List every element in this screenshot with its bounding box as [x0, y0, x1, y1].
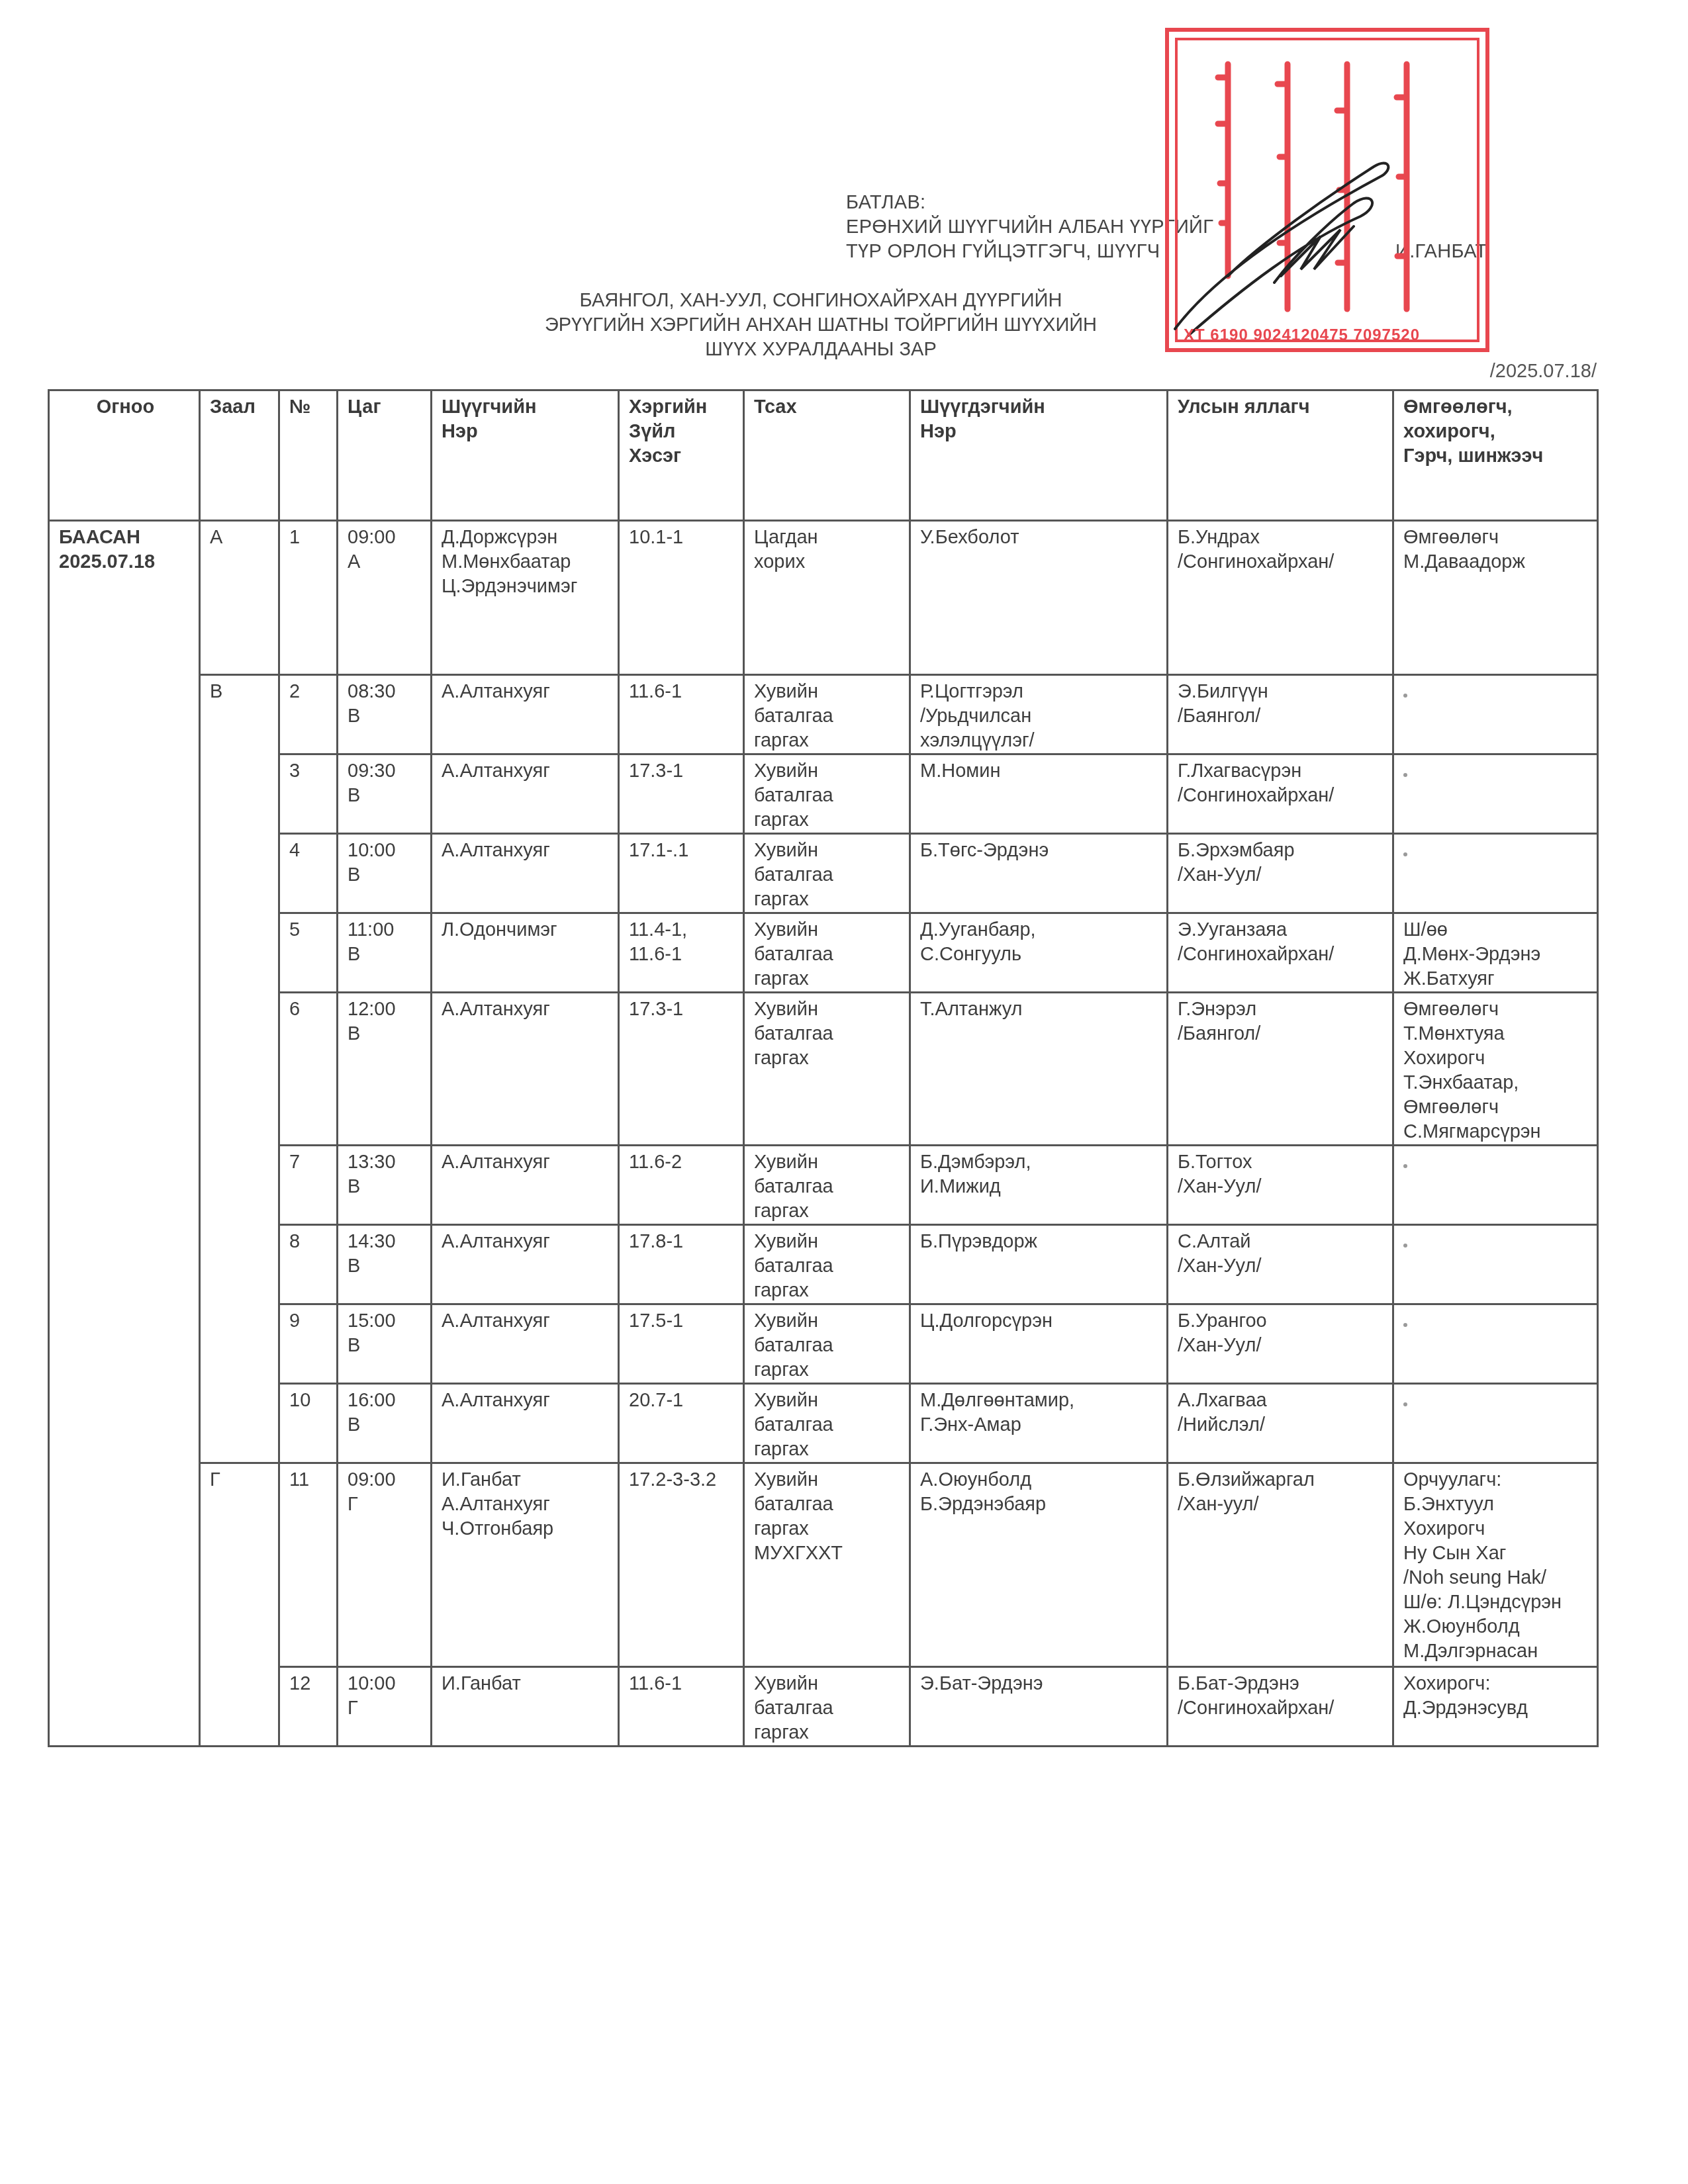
judge-names: А.Алтанхуяг — [432, 1304, 619, 1384]
table-row: В208:30ВА.Алтанхуяг11.6-1Хувийнбаталгааг… — [49, 675, 1598, 754]
case-number: 1 — [279, 521, 338, 675]
defendant-names: А.ОюунболдБ.Эрдэнэбаяр — [910, 1463, 1168, 1667]
judge-names: Д.ДоржсүрэнМ.МөнхбаатарЦ.Эрдэнэчимэг — [432, 521, 619, 675]
mongolian-script-text — [1218, 64, 1407, 309]
table-row: БААСАН2025.07.18А109:00АД.ДоржсүрэнМ.Мөн… — [49, 521, 1598, 675]
prosecutor: С.Алтай/Хан-Уул/ — [1168, 1225, 1393, 1304]
counsel-victim-witness — [1393, 1146, 1598, 1225]
case-number: 5 — [279, 913, 338, 993]
case-number: 12 — [279, 1667, 338, 1747]
case-number: 10 — [279, 1384, 338, 1463]
judge-names: А.Алтанхуяг — [432, 834, 619, 913]
case-number: 8 — [279, 1225, 338, 1304]
prosecutor: Б.Тогтох/Хан-Уул/ — [1168, 1146, 1393, 1225]
hearing-time: 09:00Г — [338, 1463, 432, 1667]
prosecutor: Б.Бат-Эрдэнэ/Сонгинохайрхан/ — [1168, 1667, 1393, 1747]
hall-g: Г — [200, 1463, 279, 1747]
empty-dash — [1403, 694, 1407, 698]
approval-position-line2: ТҮР ОРЛОН ГҮЙЦЭТГЭГЧ, ШҮҮГЧ — [846, 240, 1213, 264]
defendant-names: Б.Пүрэвдорж — [910, 1225, 1168, 1304]
defendant-names: Д.Ууганбаяр,С.Сонгууль — [910, 913, 1168, 993]
prosecutor: Б.Урангоо/Хан-Уул/ — [1168, 1304, 1393, 1384]
restraint-measure: Хувийнбаталгаагаргах — [744, 1146, 910, 1225]
counsel-victim-witness — [1393, 675, 1598, 754]
defendant-names: У.Бехболот — [910, 521, 1168, 675]
table-row: 713:30ВА.Алтанхуяг11.6-2Хувийнбаталгаага… — [49, 1146, 1598, 1225]
header-measure: Тсах — [744, 390, 910, 521]
prosecutor: Э.Ууганзаяа/Сонгинохайрхан/ — [1168, 913, 1393, 993]
restraint-measure: Хувийнбаталгаагаргах — [744, 1667, 910, 1747]
signature-icon — [1175, 163, 1388, 336]
header-defendant: ШүүгдэгчийнНэр — [910, 390, 1168, 521]
counsel-victim-witness: Орчуулагч:Б.ЭнхтуулХохирогчНу Сын Хаг/No… — [1393, 1463, 1598, 1667]
hearing-time: 10:00Г — [338, 1667, 432, 1747]
stamp-registration-number: XT 6190 9024120475 7097520 — [1184, 326, 1420, 345]
table-row: 1016:00ВА.Алтанхуяг20.7-1Хувийнбаталгааг… — [49, 1384, 1598, 1463]
empty-dash — [1403, 1244, 1407, 1248]
empty-dash — [1403, 1402, 1407, 1406]
title-line-2: ЭРҮҮГИЙН ХЭРГИЙН АНХАН ШАТНЫ ТОЙРГИЙН ШҮ… — [424, 313, 1218, 338]
header-counsel: Өмгөөлөгч,хохирогч,Гэрч, шинжээч — [1393, 390, 1598, 521]
empty-dash — [1403, 1164, 1407, 1168]
table-row: 511:00ВЛ.Одончимэг11.4-1, 11.6-1Хувийнба… — [49, 913, 1598, 993]
official-stamp — [1162, 24, 1493, 355]
criminal-article: 17.8-1 — [619, 1225, 744, 1304]
restraint-measure: Хувийнбаталгаагаргах — [744, 754, 910, 834]
hearing-time: 08:30В — [338, 675, 432, 754]
counsel-victim-witness: Хохирогч:Д.Эрдэнэсувд — [1393, 1667, 1598, 1747]
defendant-names: Э.Бат-Эрдэнэ — [910, 1667, 1168, 1747]
table-row: 612:00ВА.Алтанхуяг17.3-1Хувийнбаталгаага… — [49, 993, 1598, 1146]
table-row: 1210:00ГИ.Ганбат11.6-1Хувийнбаталгаагарг… — [49, 1667, 1598, 1747]
case-number: 2 — [279, 675, 338, 754]
document-date: /2025.07.18/ — [1456, 361, 1597, 383]
document-title: БАЯНГОЛ, ХАН-УУЛ, СОНГИНОХАЙРХАН ДҮҮРГИЙ… — [424, 289, 1218, 362]
header-hall: Заал — [200, 390, 279, 521]
header-article: ХэргийнЗүйлХэсэг — [619, 390, 744, 521]
judge-names: И.Ганбат — [432, 1667, 619, 1747]
case-number: 3 — [279, 754, 338, 834]
defendant-names: М.Номин — [910, 754, 1168, 834]
criminal-article: 11.4-1, 11.6-1 — [619, 913, 744, 993]
counsel-victim-witness — [1393, 1225, 1598, 1304]
table-row: Г1109:00ГИ.ГанбатА.АлтанхуягЧ.Отгонбаяр1… — [49, 1463, 1598, 1667]
defendant-names: Б.Дэмбэрэл,И.Мижид — [910, 1146, 1168, 1225]
case-number: 7 — [279, 1146, 338, 1225]
defendant-names: Т.Алтанжул — [910, 993, 1168, 1146]
restraint-measure: Хувийнбаталгаагаргах — [744, 1225, 910, 1304]
counsel-victim-witness: Өмгөөлөгч М.Даваадорж — [1393, 521, 1598, 675]
criminal-article: 17.5-1 — [619, 1304, 744, 1384]
defendant-names: М.Дөлгөөнтамир,Г.Энх-Амар — [910, 1384, 1168, 1463]
title-line-1: БАЯНГОЛ, ХАН-УУЛ, СОНГИНОХАЙРХАН ДҮҮРГИЙ… — [424, 289, 1218, 313]
defendant-names: Р.Цогтгэрэл/Урьдчилсанхэлэлцүүлэг/ — [910, 675, 1168, 754]
empty-dash — [1403, 773, 1407, 777]
judge-names: А.Алтанхуяг — [432, 993, 619, 1146]
header-number: № — [279, 390, 338, 521]
hearing-time: 09:30В — [338, 754, 432, 834]
defendant-names: Б.Төгс-Эрдэнэ — [910, 834, 1168, 913]
criminal-article: 11.6-1 — [619, 1667, 744, 1747]
prosecutor: Б.Ундрах/Сонгинохайрхан/ — [1168, 521, 1393, 675]
judge-names: А.Алтанхуяг — [432, 675, 619, 754]
restraint-measure: ХувийнбаталгаагаргахМУХГХХТ — [744, 1463, 910, 1667]
approval-label: БАТЛАВ: — [846, 191, 1213, 215]
hearing-time: 09:00А — [338, 521, 432, 675]
restraint-measure: Хувийнбаталгаагаргах — [744, 1304, 910, 1384]
restraint-measure: Цагданхорих — [744, 521, 910, 675]
prosecutor: Б.Өлзийжаргал/Хан-уул/ — [1168, 1463, 1393, 1667]
empty-dash — [1403, 1323, 1407, 1327]
header-prosecutor: Улсын яллагч — [1168, 390, 1393, 521]
judge-names: А.Алтанхуяг — [432, 1146, 619, 1225]
hall-a: А — [200, 521, 279, 675]
case-number: 4 — [279, 834, 338, 913]
hearing-time: 14:30В — [338, 1225, 432, 1304]
judge-names: Л.Одончимэг — [432, 913, 619, 993]
criminal-article: 11.6-2 — [619, 1146, 744, 1225]
counsel-victim-witness — [1393, 754, 1598, 834]
table-header-row: Огноо Заал № Цаг ШүүгчийнНэр ХэргийнЗүйл… — [49, 390, 1598, 521]
restraint-measure: Хувийнбаталгаагаргах — [744, 913, 910, 993]
header-date: Огноо — [49, 390, 200, 521]
hearing-time: 16:00В — [338, 1384, 432, 1463]
restraint-measure: Хувийнбаталгаагаргах — [744, 1384, 910, 1463]
empty-dash — [1403, 852, 1407, 856]
header-time: Цаг — [338, 390, 432, 521]
table-row: 814:30ВА.Алтанхуяг17.8-1Хувийнбаталгаага… — [49, 1225, 1598, 1304]
prosecutor: Г.Лхагвасүрэн/Сонгинохайрхан/ — [1168, 754, 1393, 834]
prosecutor: Б.Эрхэмбаяр/Хан-Уул/ — [1168, 834, 1393, 913]
table-row: 410:00ВА.Алтанхуяг17.1-.1Хувийнбаталгааг… — [49, 834, 1598, 913]
criminal-article: 10.1-1 — [619, 521, 744, 675]
restraint-measure: Хувийнбаталгаагаргах — [744, 993, 910, 1146]
hearing-schedule-table: Огноо Заал № Цаг ШүүгчийнНэр ХэргийнЗүйл… — [48, 389, 1599, 1747]
criminal-article: 17.3-1 — [619, 754, 744, 834]
criminal-article: 17.1-.1 — [619, 834, 744, 913]
case-number: 11 — [279, 1463, 338, 1667]
counsel-victim-witness — [1393, 1304, 1598, 1384]
restraint-measure: Хувийнбаталгаагаргах — [744, 834, 910, 913]
date-cell: БААСАН2025.07.18 — [49, 521, 200, 1747]
prosecutor: А.Лхагваа/Нийслэл/ — [1168, 1384, 1393, 1463]
judge-names: А.Алтанхуяг — [432, 1225, 619, 1304]
prosecutor: Г.Энэрэл/Баянгол/ — [1168, 993, 1393, 1146]
hearing-time: 15:00В — [338, 1304, 432, 1384]
hall-b: В — [200, 675, 279, 1463]
table-row: 309:30ВА.Алтанхуяг17.3-1Хувийнбаталгаага… — [49, 754, 1598, 834]
hearing-time: 12:00В — [338, 993, 432, 1146]
criminal-article: 20.7-1 — [619, 1384, 744, 1463]
title-line-3: ШҮҮХ ХУРАЛДААНЫ ЗАР — [424, 338, 1218, 362]
case-number: 6 — [279, 993, 338, 1146]
counsel-victim-witness: Ш/өөД.Мөнх-ЭрдэнэЖ.Батхуяг — [1393, 913, 1598, 993]
criminal-article: 17.2-3-3.2 — [619, 1463, 744, 1667]
judge-names: И.ГанбатА.АлтанхуягЧ.Отгонбаяр — [432, 1463, 619, 1667]
prosecutor: Э.Билгүүн/Баянгол/ — [1168, 675, 1393, 754]
counsel-victim-witness — [1393, 834, 1598, 913]
defendant-names: Ц.Долгорсүрэн — [910, 1304, 1168, 1384]
approval-position-line1: ЕРӨНХИЙ ШҮҮГЧИЙН АЛБАН ҮҮРГИЙГ — [846, 215, 1213, 240]
approval-block: БАТЛАВ: ЕРӨНХИЙ ШҮҮГЧИЙН АЛБАН ҮҮРГИЙГ Т… — [846, 191, 1213, 264]
hearing-time: 10:00В — [338, 834, 432, 913]
restraint-measure: Хувийнбаталгаагаргах — [744, 675, 910, 754]
counsel-victim-witness: ӨмгөөлөгчТ.МөнхтуяаХохирогчТ.Энхбаатар,Ө… — [1393, 993, 1598, 1146]
case-number: 9 — [279, 1304, 338, 1384]
criminal-article: 11.6-1 — [619, 675, 744, 754]
counsel-victim-witness — [1393, 1384, 1598, 1463]
judge-names: А.Алтанхуяг — [432, 754, 619, 834]
header-judge: ШүүгчийнНэр — [432, 390, 619, 521]
hearing-time: 11:00В — [338, 913, 432, 993]
criminal-article: 17.3-1 — [619, 993, 744, 1146]
hearing-time: 13:30В — [338, 1146, 432, 1225]
table-row: 915:00ВА.Алтанхуяг17.5-1Хувийнбаталгаага… — [49, 1304, 1598, 1384]
judge-names: А.Алтанхуяг — [432, 1384, 619, 1463]
